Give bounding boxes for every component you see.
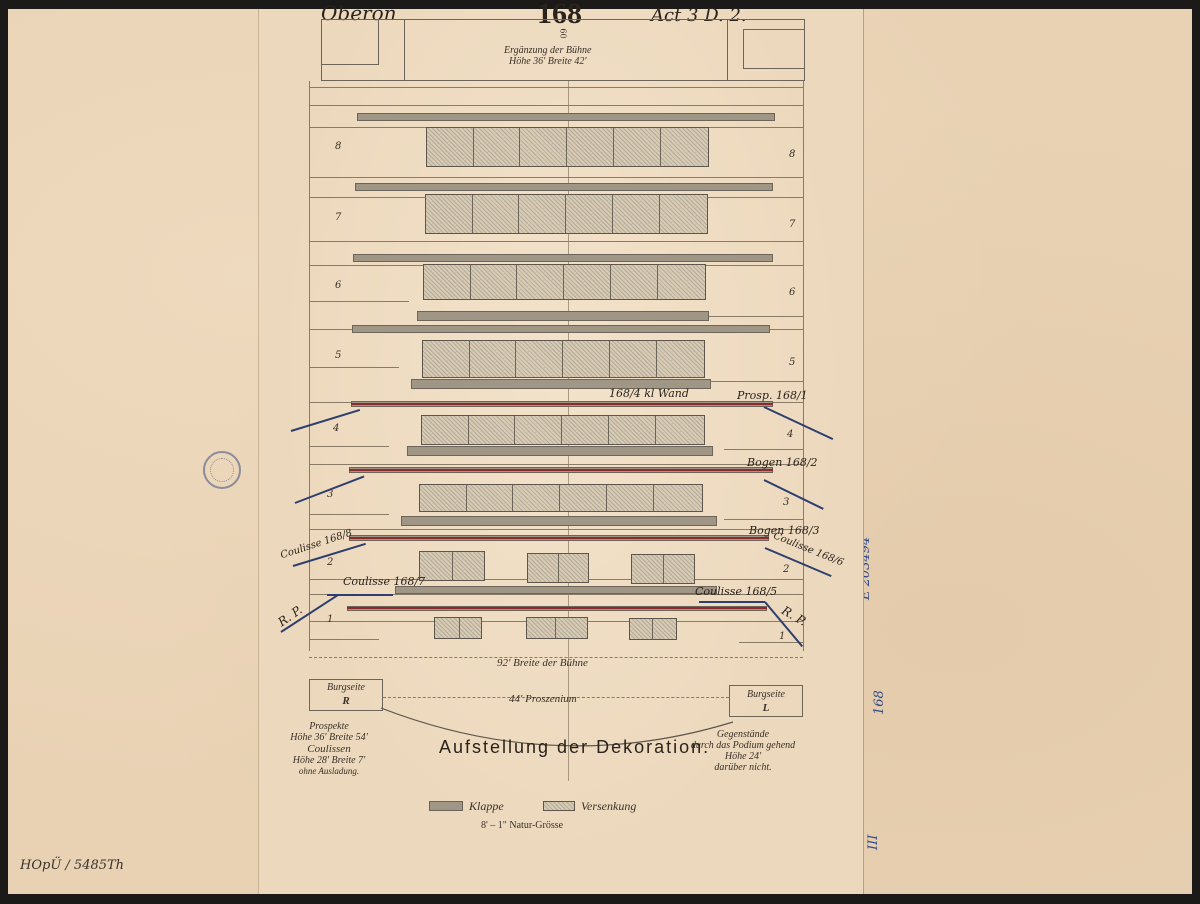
versenkung-row-6 (423, 264, 706, 300)
annotation-wall: 168/4 kl Wand (609, 387, 689, 400)
klappe-row-5a (352, 325, 770, 333)
versenkung-row-3 (419, 484, 703, 512)
roman-numeral: III (866, 835, 881, 850)
versenkung-row-1-right (629, 618, 677, 640)
archive-signature-bottom-left: HOpÜ / 5485Th (20, 858, 124, 873)
coulisse-line-red-1 (347, 607, 767, 609)
burgseite-right-letter: R (310, 695, 382, 707)
row-number-left-2: 2 (327, 557, 333, 568)
extension-corner-right (743, 29, 805, 69)
bogen-line-red-2 (349, 537, 769, 539)
row-number-left-5: 5 (335, 350, 341, 361)
versenkung-row-2-right (631, 554, 695, 584)
burgseite-left-letter: L (730, 702, 802, 714)
notes-left: Prospekte Höhe 36' Breite 54' Coulissen … (279, 721, 379, 776)
scale-label: 8' – 1" Natur-Grösse (481, 820, 563, 831)
leader-line-4-left (291, 409, 360, 432)
row-number-right-3: 3 (783, 497, 789, 508)
versenkung-row-8 (426, 127, 709, 167)
legend-klappe-swatch (429, 801, 463, 811)
annotation-coulisse-left-2: Coulisse 168/8 (279, 528, 353, 562)
notes-left-4: Höhe 28' Breite 7' (279, 755, 379, 766)
stamp-center (210, 458, 234, 482)
klappe-row-3b (401, 516, 717, 526)
burgseite-left-label: Burgseite (730, 689, 802, 700)
klappe-row-6a (353, 254, 773, 262)
stage-extension-label: Ergänzung der Bühne (504, 45, 591, 56)
row-number-left-1: 1 (327, 614, 333, 625)
klappe-row-6b (417, 311, 709, 321)
plate-reference: 168 (872, 690, 887, 715)
leader-line-3-right (764, 479, 824, 510)
notes-left-2: Höhe 36' Breite 54' (279, 732, 379, 743)
prospekt-line-red (351, 403, 773, 405)
row-number-right-1: 1 (779, 631, 785, 642)
notes-left-3: Coulissen (279, 743, 379, 755)
row-number-right-8: 8 (789, 149, 795, 160)
row-number-right-2: 2 (783, 564, 789, 575)
klappe-row-1a (395, 586, 717, 594)
row-number-left-8: 8 (335, 141, 341, 152)
library-stamp (203, 451, 241, 489)
versenkung-row-7 (425, 194, 708, 234)
main-title: Aufstellung der Dekoration. (439, 737, 710, 758)
annotation-coulisse-left-1: Coulisse 168/7 (343, 575, 425, 588)
versenkung-row-1-center (526, 617, 588, 639)
notes-left-5: ohne Ausladung. (279, 766, 379, 776)
versenkung-row-1-left (434, 617, 482, 639)
versenkung-row-2-left (419, 551, 485, 581)
stage-plan-sheet: Oberon 168 Act 3 D. 2. 60 Ergänzung der … (258, 9, 864, 894)
bogen-line-red-3 (349, 469, 773, 471)
klappe-row-8 (357, 113, 775, 121)
versenkung-row-5 (422, 340, 705, 378)
klappe-row-4b (407, 446, 713, 456)
legend-versenkung-label: Versenkung (581, 799, 636, 814)
annotation-coulisse-right-1: Coulisse 168/5 (695, 585, 777, 598)
row-number-left-7: 7 (335, 212, 341, 223)
notes-left-1: Prospekte (279, 721, 379, 732)
row-number-right-5: 5 (789, 357, 795, 368)
legend-versenkung-swatch (543, 801, 575, 811)
versenkung-row-4 (421, 415, 705, 445)
leader-underline-1-right (699, 601, 765, 603)
leader-underline-1-left (327, 594, 393, 596)
burgseite-left-box: Burgseite L (729, 685, 803, 717)
legend-klappe-label: Klappe (469, 799, 504, 814)
klappe-row-7 (355, 183, 773, 191)
row-number-left-6: 6 (335, 280, 341, 291)
annotation-bogen-3: Bogen 168/2 (747, 456, 818, 469)
stage-extension-dimensions: Höhe 36' Breite 42' (509, 56, 587, 67)
annotation-prospekt: Prosp. 168/1 (737, 389, 808, 402)
versenkung-row-2-center (527, 553, 589, 583)
row-number-left-4: 4 (333, 423, 339, 434)
row-number-right-4: 4 (787, 429, 793, 440)
extension-corner-left (321, 19, 379, 65)
row-number-right-7: 7 (789, 219, 795, 230)
row-number-right-6: 6 (789, 287, 795, 298)
burgseite-right-label: Burgseite (310, 682, 382, 693)
burgseite-right-box: Burgseite R (309, 679, 383, 711)
stage-width-label: 92' Breite der Bühne (497, 657, 588, 669)
leader-line-4-right (764, 406, 834, 440)
stage-left-edge (309, 81, 310, 651)
notes-right-4: darüber nicht. (683, 762, 803, 773)
